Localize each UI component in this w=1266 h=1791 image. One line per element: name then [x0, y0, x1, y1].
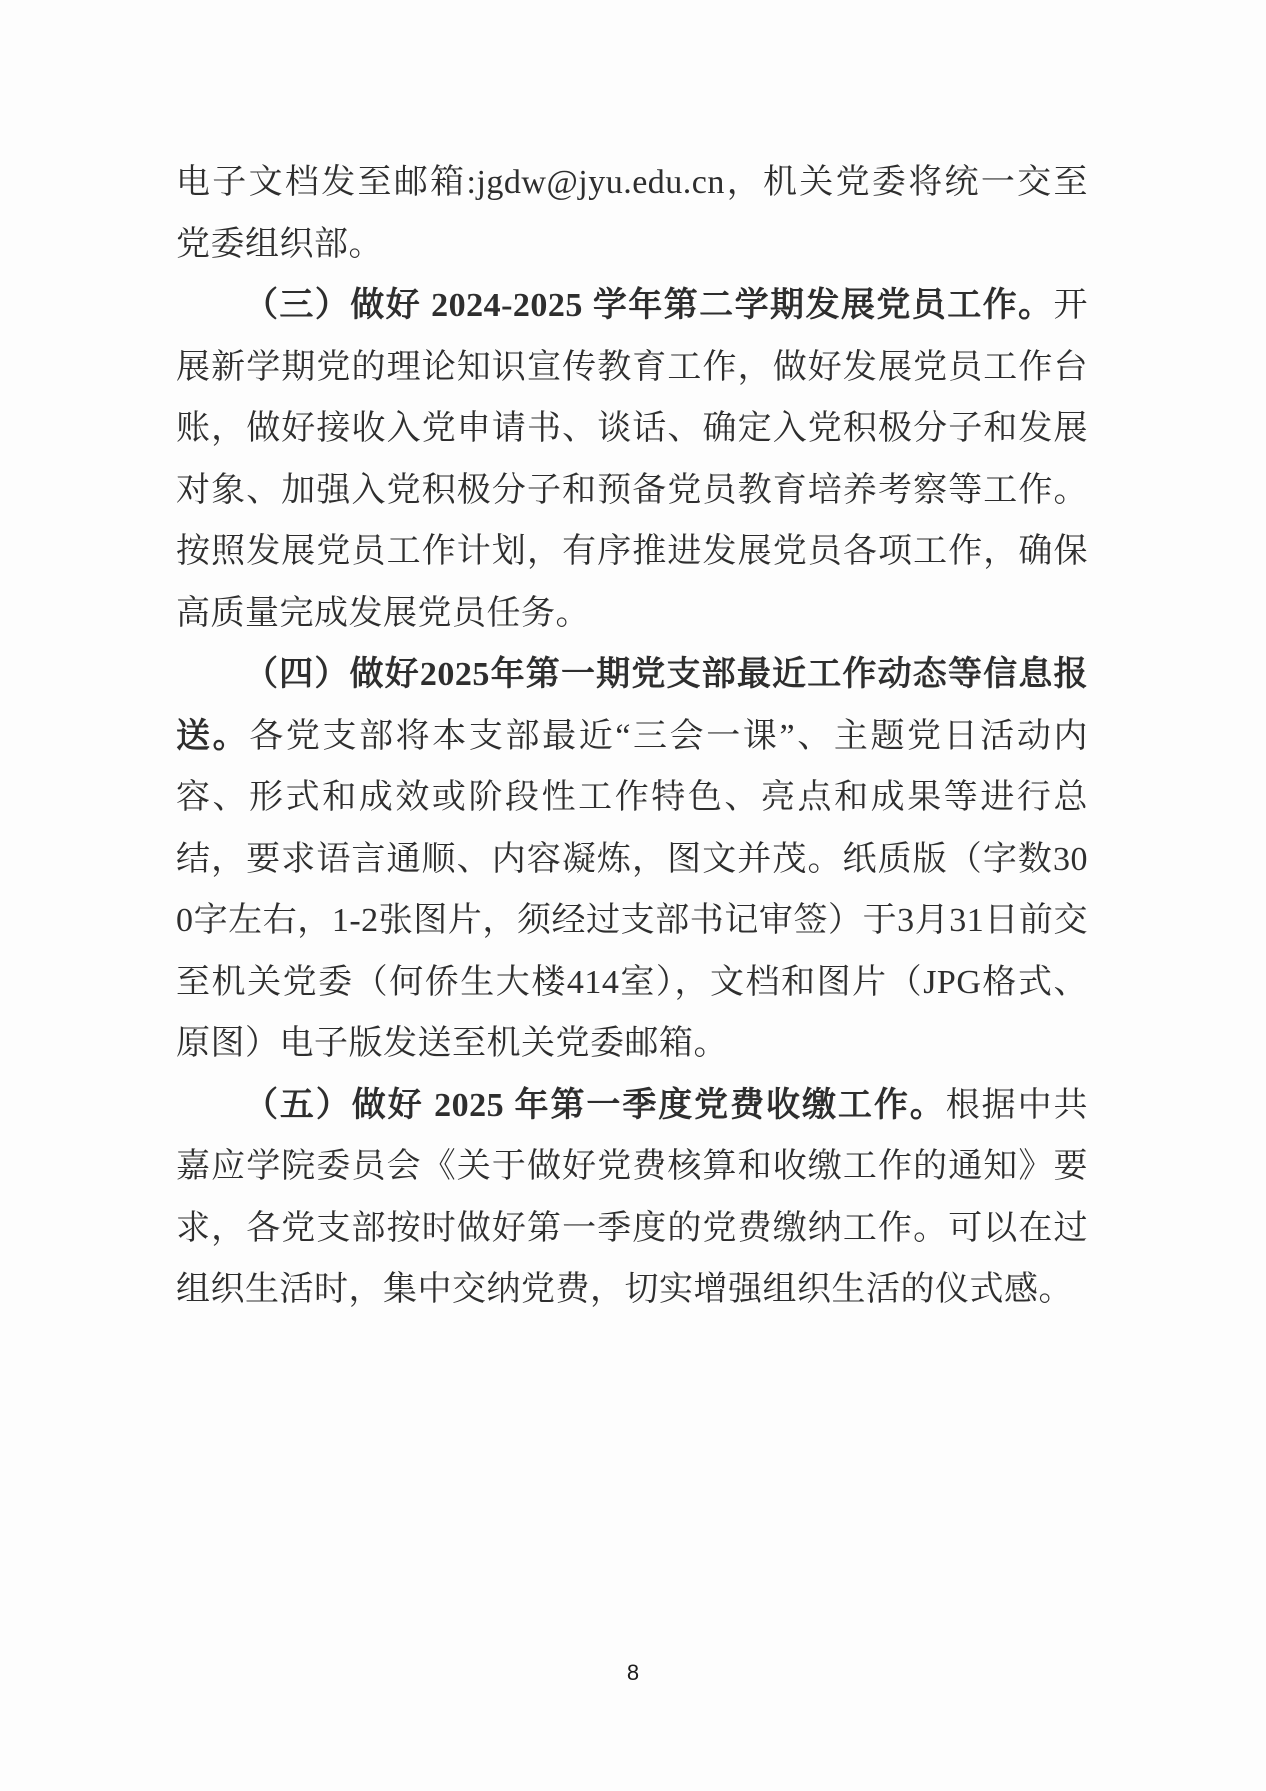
document-page: 电子文档发至邮箱:jgdw@jyu.edu.cn，机关党委将统一交至党委组织部。… — [0, 0, 1266, 1791]
page-number: 8 — [0, 1660, 1266, 1686]
document-body: 电子文档发至邮箱:jgdw@jyu.edu.cn，机关党委将统一交至党委组织部。… — [176, 152, 1088, 1321]
paragraph: （五）做好 2025 年第一季度党费收缴工作。根据中共嘉应学院委员会《关于做好党… — [176, 1075, 1088, 1321]
paragraph-text-run: 电子文档发至邮箱:jgdw@jyu.edu.cn，机关党委将统一交至党委组织部。 — [176, 164, 1088, 263]
paragraph-heading-run: （五）做好 2025 年第一季度党费收缴工作。 — [244, 1087, 946, 1124]
paragraph: 电子文档发至邮箱:jgdw@jyu.edu.cn，机关党委将统一交至党委组织部。 — [176, 152, 1088, 275]
paragraph: （三）做好 2024-2025 学年第二学期发展党员工作。开展新学期党的理论知识… — [176, 275, 1088, 644]
paragraph-text-run: 开展新学期党的理论知识宣传教育工作，做好发展党员工作台账，做好接收入党申请书、谈… — [176, 287, 1088, 632]
paragraph: （四）做好2025年第一期党支部最近工作动态等信息报送。各党支部将本支部最近“三… — [176, 644, 1088, 1075]
paragraph-heading-run: （三）做好 2024-2025 学年第二学期发展党员工作。 — [244, 287, 1054, 324]
paragraph-text-run: 各党支部将本支部最近“三会一课”、主题党日活动内容、形式和成效或阶段性工作特色、… — [176, 718, 1088, 1063]
